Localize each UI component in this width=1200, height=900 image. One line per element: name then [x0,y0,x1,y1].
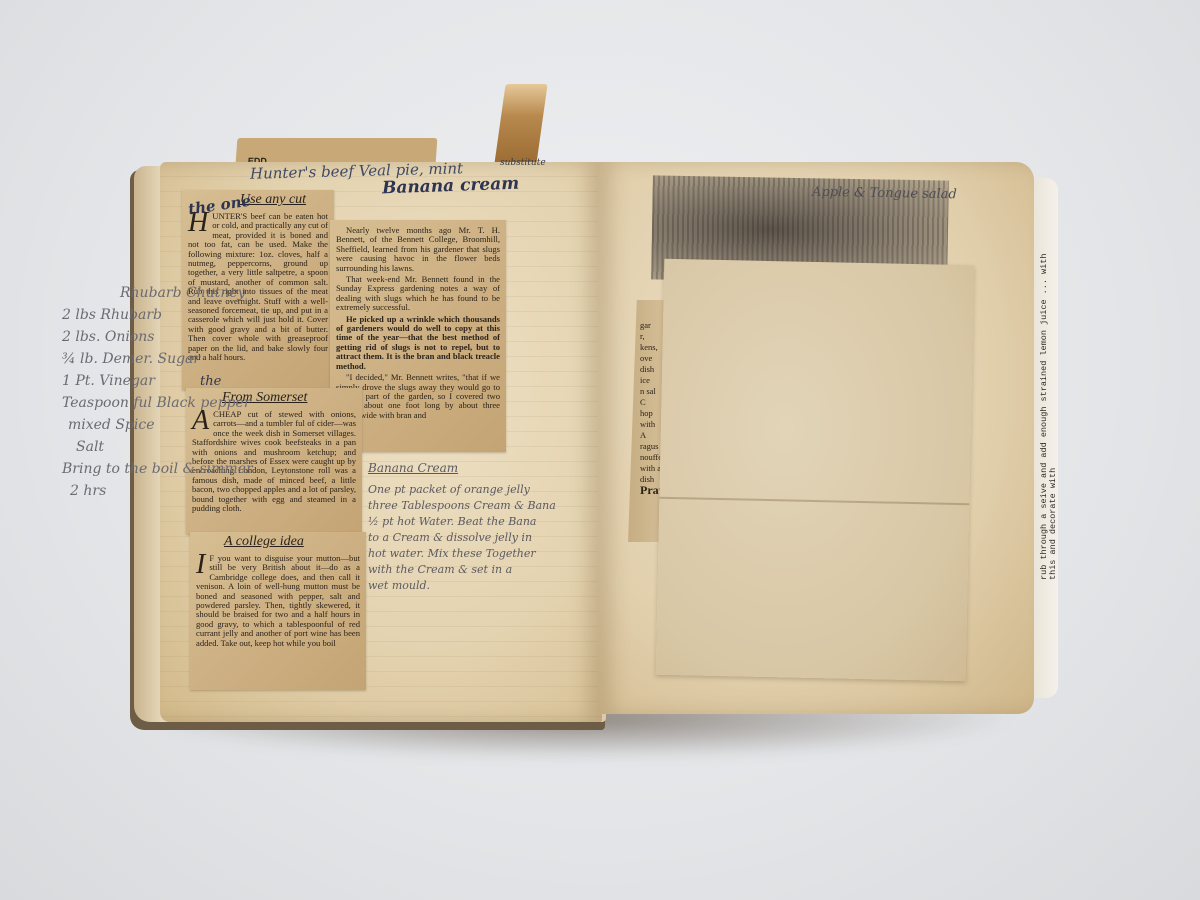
clipping-body: I F you want to disguise your mutton—but… [190,552,366,650]
recipe-line: ½ pt hot Water. Beat the Bana [368,514,596,530]
recipe-line: to a Cream & dissolve jelly in [368,530,596,546]
recipe-line: ¾ lb. Demer. Sugar [62,348,362,370]
recipe-line: 2 lbs Rhubarb [62,304,362,326]
rhubarb-chutney-note-card [656,259,975,681]
recipe-line: 2 hrs [62,480,362,502]
handwriting-apple-tongue-salad: Apple & Tongue salad [812,185,957,203]
recipe-line: mixed Spice [62,414,362,436]
rhubarb-chutney-recipe: Rhubarb Chutney 2 lbs Rhubarb 2 lbs. Oni… [62,282,362,502]
bookmark-ribbon [494,84,547,164]
photo-scene: EDD rub through a seive and add enough s… [0,0,1200,900]
recipe-title: Rhubarb Chutney [62,282,362,304]
clipping-college-idea: A college idea I F you want to disguise … [190,532,366,690]
card-fold-line [659,497,969,505]
recipe-line: hot water. Mix these Together [368,546,596,562]
vertical-clipping-text: rub through a seive and add enough strai… [1040,250,1058,580]
recipe-line: three Tablespoons Cream & Bana [368,498,596,514]
handwritten-banana-cream-recipe: Banana Cream One pt packet of orange jel… [368,460,596,600]
recipe-line: Bring to the boil & simmer [62,458,362,480]
recipe-title: Banana Cream [368,460,596,476]
recipe-line: 2 lbs. Onions [62,326,362,348]
recipe-line: One pt packet of orange jelly [368,482,596,498]
recipe-line: 1 Pt. Vinegar [62,370,362,392]
recipe-line: wet mould. [368,578,596,594]
clipping-heading: A college idea [190,532,366,552]
handwriting-substitute: substitute [500,158,546,168]
dropcap: I [196,554,205,576]
recipe-line: Teaspoon ful Black pepper [62,392,362,414]
recipe-line: with the Cream & set in a [368,562,596,578]
recipe-line: Salt [62,436,362,458]
